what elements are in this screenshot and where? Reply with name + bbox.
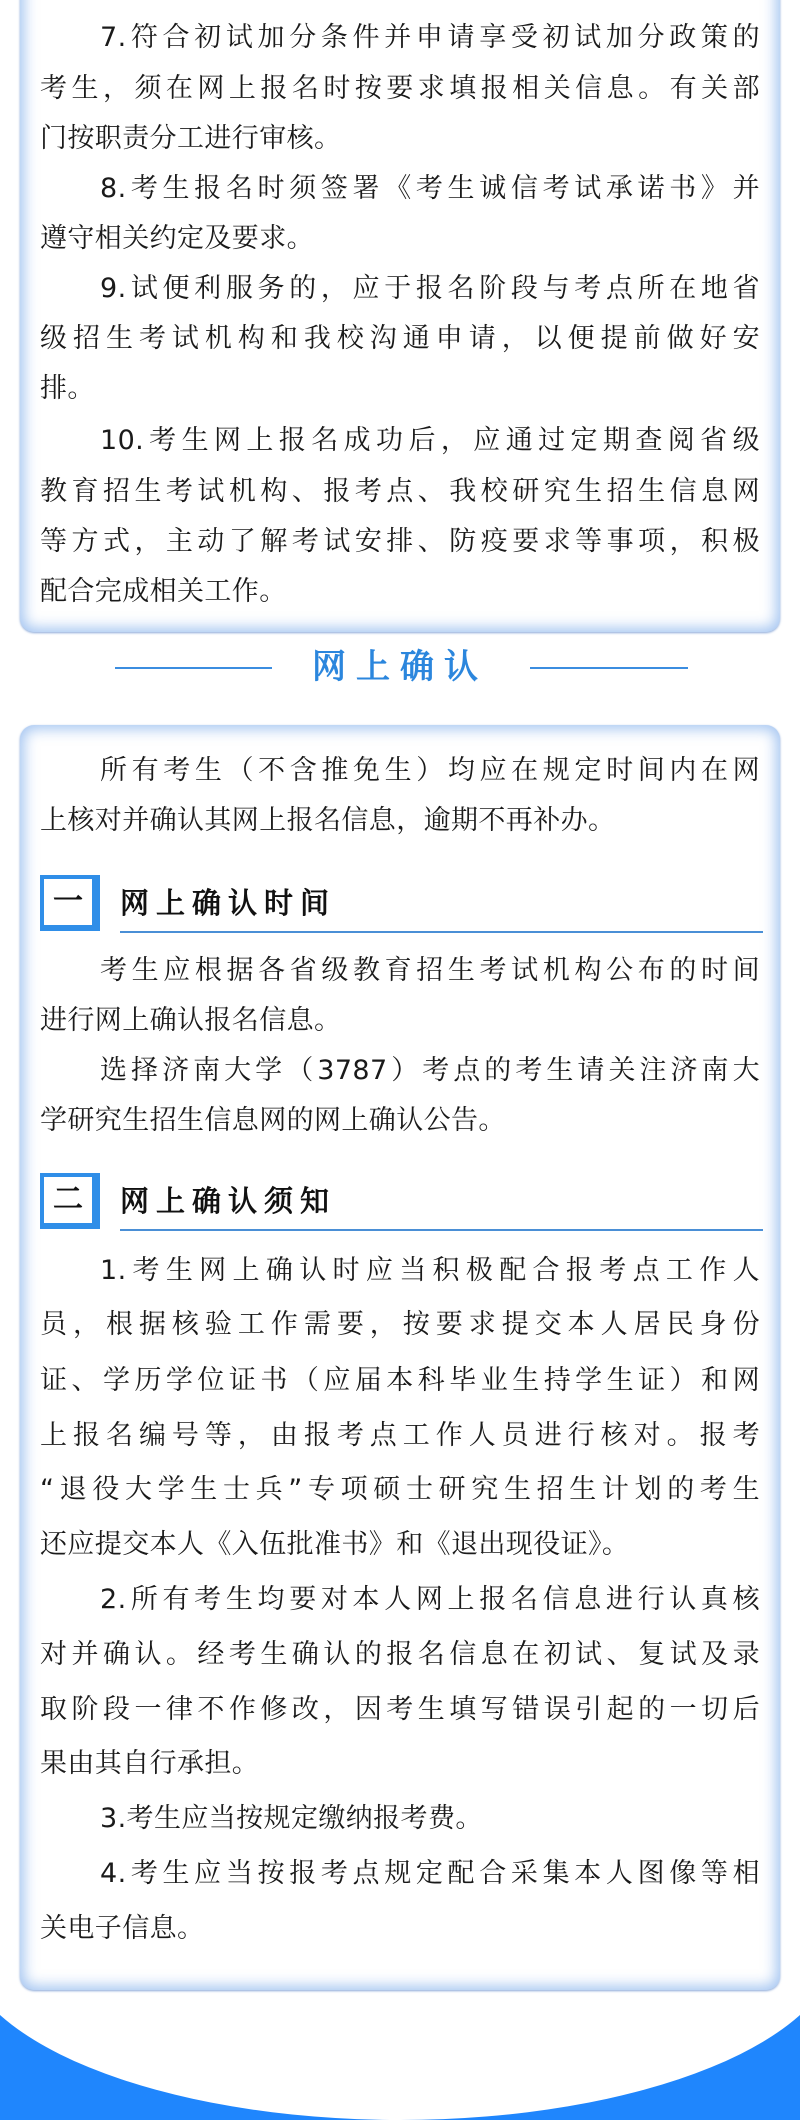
footer-white-arc: [0, 1990, 800, 2120]
time-line-1: 考生应根据各省级教育招生考试机构公布的时间: [40, 955, 760, 987]
section-heading-online-confirmation: 网上确认: [0, 645, 800, 689]
rule-7-line-2: 考生，须在网上报名时按要求填报相关信息。有关部: [40, 73, 760, 105]
subsection-underline: [120, 1229, 763, 1231]
intro-line-2: 上核对并确认其网上报名信息，逾期不再补办。: [40, 805, 760, 837]
time-line-3: 选择济南大学（3787）考点的考生请关注济南大: [40, 1055, 760, 1087]
notice-1-line-5: “退役大学生士兵”专项硕士研究生招生计划的考生: [40, 1474, 760, 1506]
heading-rule-left: [115, 667, 272, 669]
subsection-title: 网上确认时间: [120, 883, 336, 923]
registration-rules-card: 7.符合初试加分条件并申请享受初试加分政策的 考生，须在网上报名时按要求填报相关…: [20, 0, 780, 632]
subsection-heading-notice: 二 网上确认须知: [40, 1173, 760, 1233]
rule-9-line-3: 排。: [40, 373, 760, 405]
notice-1-line-4: 上报名编号等，由报考点工作人员进行核对。报考: [40, 1420, 760, 1452]
notice-2-line-4: 果由其自行承担。: [40, 1748, 760, 1780]
rule-9-line-2: 级招生考试机构和我校沟通申请，以便提前做好安: [40, 323, 760, 355]
notice-2-line-1: 2.所有考生均要对本人网上报名信息进行认真核: [40, 1584, 760, 1616]
section-title: 网上确认: [290, 645, 510, 689]
rule-7-line-1: 7.符合初试加分条件并申请享受初试加分政策的: [40, 22, 760, 54]
rule-7-line-3: 门按职责分工进行审核。: [40, 123, 760, 155]
notice-1-line-2: 员，根据核验工作需要，按要求提交本人居民身份: [40, 1309, 760, 1341]
rule-10-line-1: 10.考生网上报名成功后，应通过定期查阅省级: [40, 425, 760, 457]
notice-1-line-6: 还应提交本人《入伍批准书》和《退出现役证》。: [40, 1529, 760, 1561]
notice-4-line-2: 关电子信息。: [40, 1913, 760, 1945]
online-confirmation-card: 所有考生（不含推免生）均应在规定时间内在网 上核对并确认其网上报名信息，逾期不再…: [20, 725, 780, 1990]
subsection-title: 网上确认须知: [120, 1181, 336, 1221]
time-line-2: 进行网上确认报名信息。: [40, 1005, 760, 1037]
rule-10-line-3: 等方式，主动了解考试安排、防疫要求等事项，积极: [40, 526, 760, 558]
notice-2-line-3: 取阶段一律不作修改，因考生填写错误引起的一切后: [40, 1694, 760, 1726]
rule-9-line-1: 9.试便利服务的，应于报名阶段与考点所在地省: [40, 273, 760, 305]
subsection-heading-time: 一 网上确认时间: [40, 875, 760, 935]
rule-10-line-2: 教育招生考试机构、报考点、我校研究生招生信息网: [40, 476, 760, 508]
time-line-4: 学研究生招生信息网的网上确认公告。: [40, 1105, 760, 1137]
rule-10-line-4: 配合完成相关工作。: [40, 576, 760, 608]
notice-1-line-1: 1.考生网上确认时应当积极配合报考点工作人: [40, 1255, 760, 1287]
subsection-underline: [120, 931, 763, 933]
notice-4-line-1: 4.考生应当按报考点规定配合采集本人图像等相: [40, 1858, 760, 1890]
number-badge-2: 二: [40, 1173, 100, 1229]
notice-2-line-2: 对并确认。经考生确认的报名信息在初试、复试及录: [40, 1639, 760, 1671]
intro-line-1: 所有考生（不含推免生）均应在规定时间内在网: [40, 755, 760, 787]
notice-3-line-1: 3.考生应当按规定缴纳报考费。: [40, 1803, 760, 1835]
heading-rule-right: [530, 667, 688, 669]
rule-8-line-2: 遵守相关约定及要求。: [40, 223, 760, 255]
number-badge-1: 一: [40, 875, 100, 931]
rule-8-line-1: 8.考生报名时须签署《考生诚信考试承诺书》并: [40, 173, 760, 205]
notice-1-line-3: 证、学历学位证书（应届本科毕业生持学生证）和网: [40, 1365, 760, 1397]
footer-wave-decoration: [0, 1990, 800, 2120]
